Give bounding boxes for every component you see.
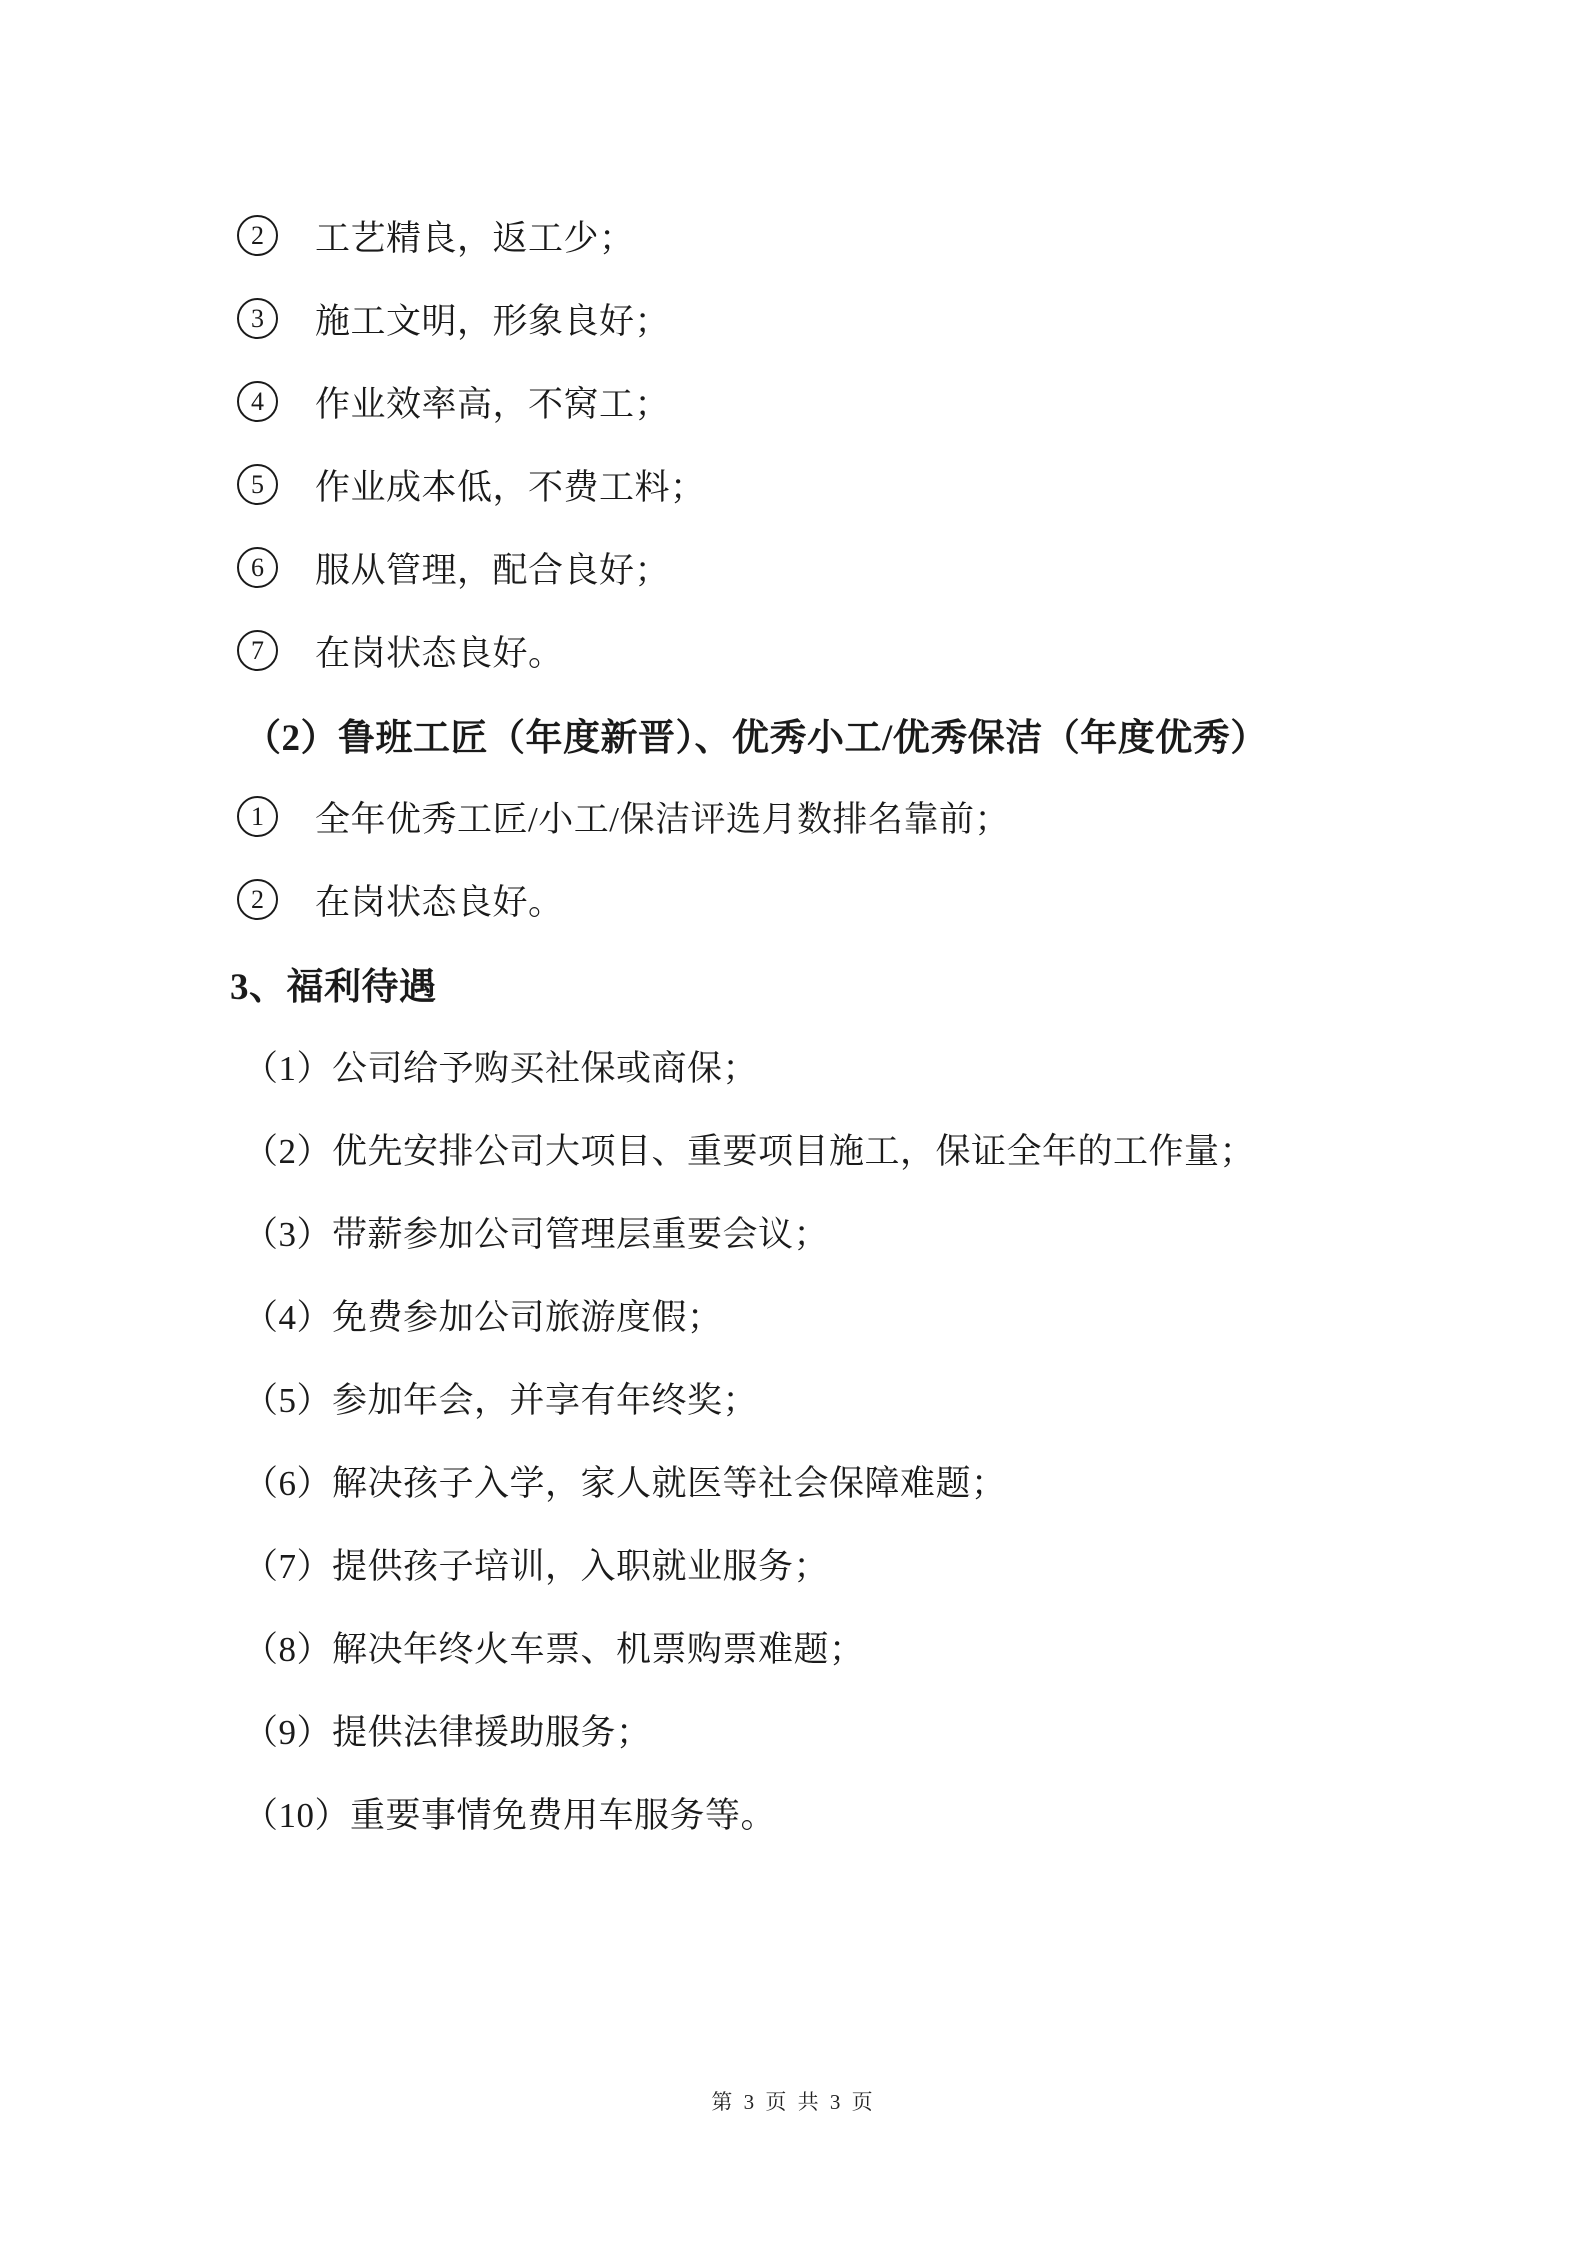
item-marker: （9） [243,1705,332,1755]
list-item: 3 施工文明，形象良好； [0,277,1587,360]
item-text: 优先安排公司大项目、重要项目施工，保证全年的工作量； [332,1124,1255,1174]
item-marker: （2） [243,1124,332,1174]
item-marker: （10） [243,1788,350,1838]
item-text: 在岗状态良好。 [315,626,564,676]
list-item: （5）参加年会，并享有年终奖； [0,1356,1587,1439]
list-item: 2 工艺精良，返工少； [0,194,1587,277]
item-marker-circle: 2 [237,215,278,256]
item-marker-circle: 4 [237,381,278,422]
list-item: 7 在岗状态良好。 [0,609,1587,692]
document-body: 2 工艺精良，返工少； 3 施工文明，形象良好； 4 作业效率高，不窝工； 5 … [0,194,1587,1854]
item-marker-circle: 7 [237,630,278,671]
item-text: 施工文明，形象良好； [315,294,670,344]
item-text: 免费参加公司旅游度假； [332,1290,723,1340]
item-marker-circle: 6 [237,547,278,588]
item-text: 提供法律援助服务； [332,1705,652,1755]
item-marker-circle: 5 [237,464,278,505]
list-item: （4）免费参加公司旅游度假； [0,1273,1587,1356]
list-item: 6 服从管理，配合良好； [0,526,1587,609]
page-footer: 第 3 页 共 3 页 [0,2082,1587,2122]
item-marker: （7） [243,1539,332,1589]
section-heading-welfare: 3、福利待遇 [0,941,1587,1024]
item-marker-circle: 3 [237,298,278,339]
section-heading-annual: （2）鲁班工匠（年度新晋）、优秀小工/优秀保洁（年度优秀） [0,692,1587,775]
item-text: 在岗状态良好。 [315,875,564,925]
item-marker: （6） [243,1456,332,1506]
item-text: 解决孩子入学，家人就医等社会保障难题； [332,1456,1007,1506]
list-item: 1 全年优秀工匠/小工/保洁评选月数排名靠前； [0,775,1587,858]
item-text: 公司给予购买社保或商保； [332,1041,758,1091]
item-text: 重要事情免费用车服务等。 [350,1788,776,1838]
list-item: 5 作业成本低，不费工料； [0,443,1587,526]
item-text: 作业效率高，不窝工； [315,377,670,427]
item-text: 提供孩子培训，入职就业服务； [332,1539,829,1589]
list-item: （6）解决孩子入学，家人就医等社会保障难题； [0,1439,1587,1522]
list-item: （1）公司给予购买社保或商保； [0,1024,1587,1107]
list-item: （9）提供法律援助服务； [0,1688,1587,1771]
list-item: （7）提供孩子培训，入职就业服务； [0,1522,1587,1605]
item-marker-circle: 2 [237,879,278,920]
page: { "monthly_items": [ { "num": "2", "text… [0,0,1587,2245]
list-item: （2）优先安排公司大项目、重要项目施工，保证全年的工作量； [0,1107,1587,1190]
item-marker: （4） [243,1290,332,1340]
list-item: （10）重要事情免费用车服务等。 [0,1771,1587,1854]
item-marker: （3） [243,1207,332,1257]
item-marker: （8） [243,1622,332,1672]
list-item: （8）解决年终火车票、机票购票难题； [0,1605,1587,1688]
item-text: 服从管理，配合良好； [315,543,670,593]
item-text: 全年优秀工匠/小工/保洁评选月数排名靠前； [315,792,1010,842]
list-item: 4 作业效率高，不窝工； [0,360,1587,443]
list-item: 2 在岗状态良好。 [0,858,1587,941]
item-text: 作业成本低，不费工料； [315,460,706,510]
item-text: 工艺精良，返工少； [315,211,635,261]
item-marker-circle: 1 [237,796,278,837]
item-text: 带薪参加公司管理层重要会议； [332,1207,829,1257]
list-item: （3）带薪参加公司管理层重要会议； [0,1190,1587,1273]
item-text: 参加年会，并享有年终奖； [332,1373,758,1423]
item-text: 解决年终火车票、机票购票难题； [332,1622,865,1672]
item-marker: （1） [243,1041,332,1091]
item-marker: （5） [243,1373,332,1423]
